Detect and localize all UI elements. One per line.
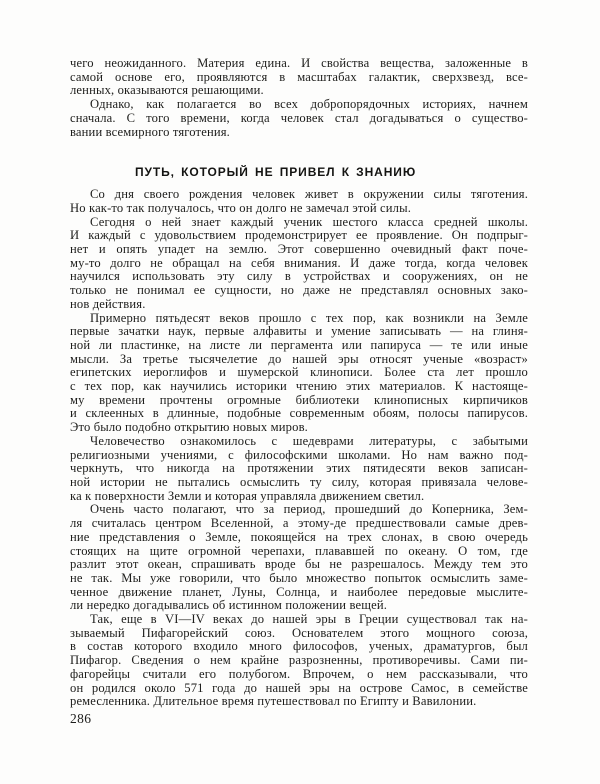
text-line: черкнуть, что никогда на протяжении этих… <box>70 462 528 476</box>
text-line: чего неожиданного. Материя едина. И свой… <box>70 57 528 71</box>
text-flow: чего неожиданного. Материя едина. И свой… <box>70 57 528 726</box>
text-line: в состав которого входило много философо… <box>70 640 528 654</box>
paragraph: чего неожиданного. Материя едина. И свой… <box>70 57 528 98</box>
text-line: египетских иероглифов и шумерской клиноп… <box>70 366 528 380</box>
text-line: фагорейцы считали его полубогом. Впрочем… <box>70 668 528 682</box>
text-line: ной ли пластинке, на листе ли пергамента… <box>70 339 528 353</box>
text-line: И каждый с удовольствием продемонстрируе… <box>70 229 528 243</box>
paragraph: Так, еще в VI—IV веках до нашей эры в Гр… <box>70 613 528 709</box>
text-line: Однако, как полагается во всех добропоря… <box>70 98 528 112</box>
section-heading: ПУТЬ, КОТОРЫЙ НЕ ПРИВЕЛ К ЗНАНИЮ <box>135 165 528 180</box>
book-page: чего неожиданного. Материя едина. И свой… <box>0 0 600 784</box>
paragraph: Однако, как полагается во всех добропоря… <box>70 98 528 139</box>
text-line: только не понимал ее сущности, но даже н… <box>70 284 528 298</box>
text-line: ля считалась центром Вселенной, а этому-… <box>70 517 528 531</box>
text-line: му-то долго не обращал на себя внимания.… <box>70 257 528 271</box>
text-line: самой основе его, проявляются в масштаба… <box>70 71 528 85</box>
text-line: Человечество ознакомилось с шедеврами ли… <box>70 435 528 449</box>
text-line: ремесленника. Длительное время путешеств… <box>70 695 528 709</box>
text-line: стоящих на щите огромной черепахи, плава… <box>70 545 528 559</box>
text-line: Со дня своего рождения человек живет в о… <box>70 188 528 202</box>
text-line: Сегодня о ней знает каждый ученик шестог… <box>70 216 528 230</box>
text-line: ченное движение планет, Луны, Солнца, и … <box>70 586 528 600</box>
text-line: нет и опять упадет на землю. Этот соверш… <box>70 243 528 257</box>
text-line: ли нередко догадывались об истинном поло… <box>70 599 528 613</box>
text-line: вании всемирного тяготения. <box>70 126 528 140</box>
text-line: с тех пор, как научились историки чтению… <box>70 380 528 394</box>
text-line: не так. Мы уже говорили, что было множес… <box>70 572 528 586</box>
paragraph: Сегодня о ней знает каждый ученик шестог… <box>70 216 528 312</box>
text-line: Но как-то так получалось, что он долго н… <box>70 202 528 216</box>
text-line: му времени прочтены огромные библиотеки … <box>70 394 528 408</box>
paragraph: Примерно пятьдесят веков прошло с тех по… <box>70 312 528 435</box>
text-line: Очень часто полагают, что за период, про… <box>70 503 528 517</box>
paragraph: Со дня своего рождения человек живет в о… <box>70 188 528 215</box>
text-line: нов действия. <box>70 298 528 312</box>
text-line: и склеенных в длинные, подобные современ… <box>70 407 528 421</box>
text-line: научился использовать эту силу в устройс… <box>70 270 528 284</box>
page-number: 286 <box>70 712 528 726</box>
text-line: ка к поверхности Земли и которая управля… <box>70 490 528 504</box>
text-line: ной истории не пытались осмыслить ту сил… <box>70 476 528 490</box>
text-line: ние представления о Земле, покоящейся на… <box>70 531 528 545</box>
text-line: Пифагор. Сведения о нем крайне разрознен… <box>70 654 528 668</box>
text-line: ленных, оказываются решающими. <box>70 84 528 98</box>
text-line: Это было подобно открытию новых миров. <box>70 421 528 435</box>
text-line: зываемый Пифагорейский союз. Основателем… <box>70 627 528 641</box>
paragraph: Очень часто полагают, что за период, про… <box>70 503 528 613</box>
text-line: первые зачатки наук, первые алфавиты и у… <box>70 325 528 339</box>
text-line: разлит этот океан, спрашивать вроде бы н… <box>70 558 528 572</box>
text-line: он родился около 571 года до нашей эры н… <box>70 682 528 696</box>
paragraph: Человечество ознакомилось с шедеврами ли… <box>70 435 528 504</box>
text-line: Примерно пятьдесят веков прошло с тех по… <box>70 312 528 326</box>
text-line: религиозными учениями, с философскими шк… <box>70 449 528 463</box>
text-line: мысли. За третье тысячелетие до нашей эр… <box>70 353 528 367</box>
text-line: Так, еще в VI—IV веках до нашей эры в Гр… <box>70 613 528 627</box>
text-line: сначала. С того времени, когда человек с… <box>70 112 528 126</box>
